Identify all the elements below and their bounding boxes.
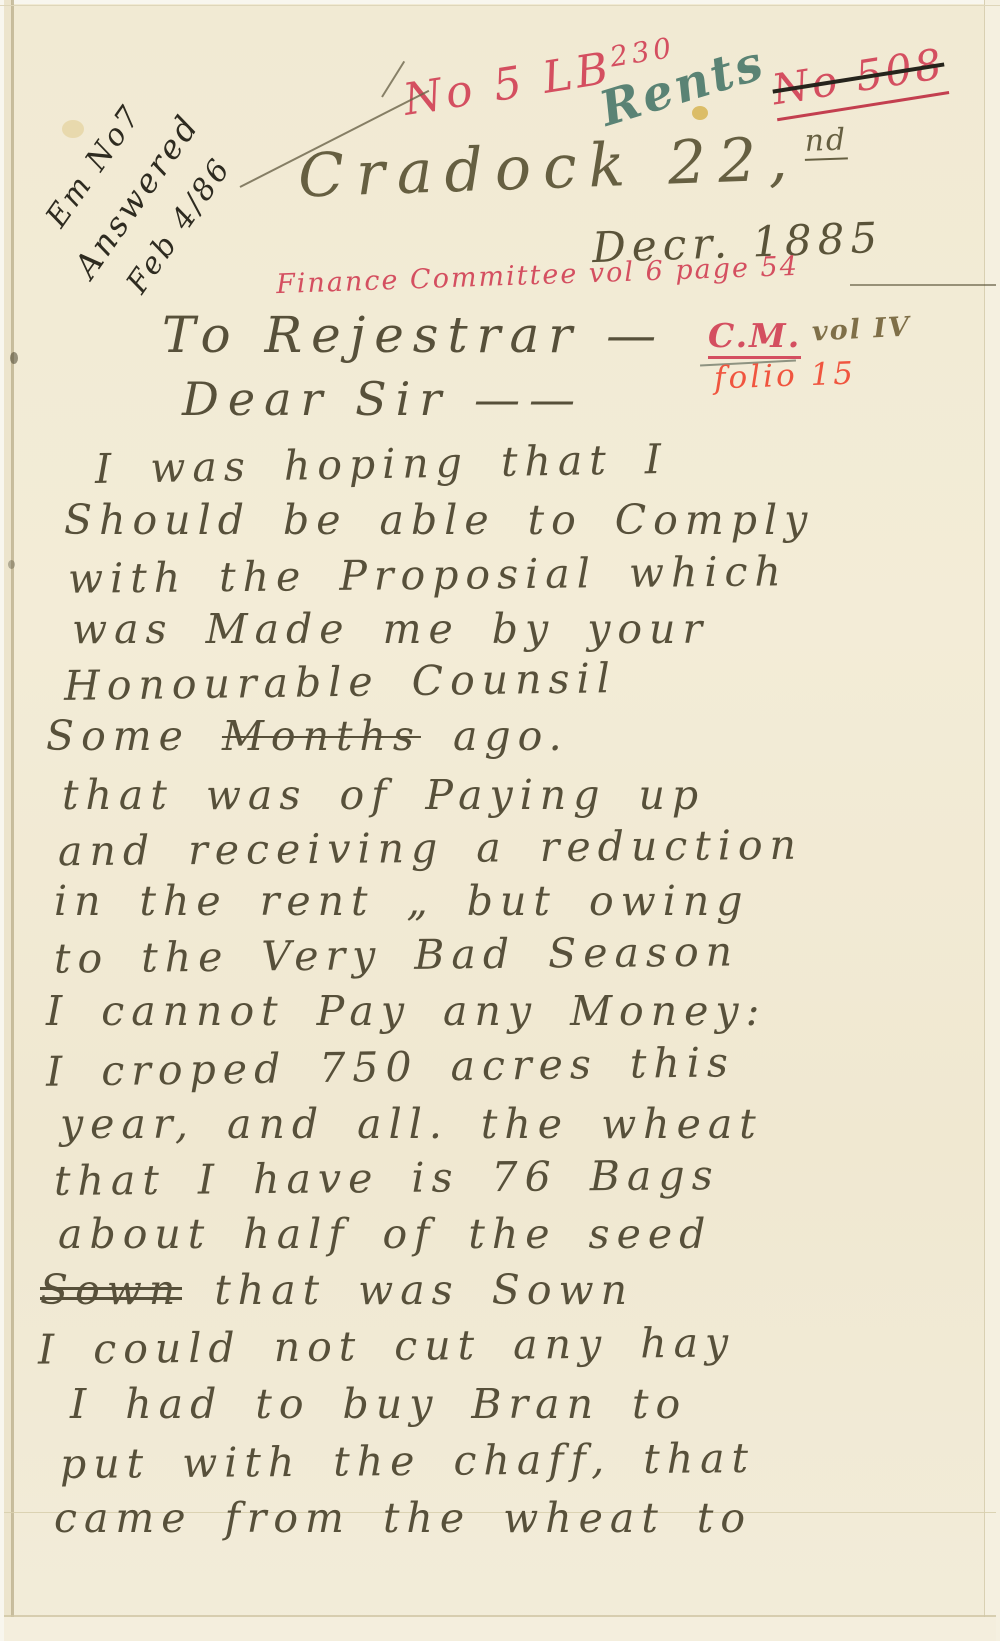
handwritten-line: that I have is 76 Bags	[54, 1151, 720, 1205]
struck-word: Sown	[40, 1266, 182, 1314]
handwritten-line: I cannot Pay any Money:	[46, 987, 766, 1035]
handwritten-line-with-strike: Some Months ago.	[46, 712, 569, 760]
paper-stain	[62, 120, 84, 138]
date-ordinal: nd	[804, 122, 848, 160]
handwritten-line: came from the wheat to	[54, 1494, 752, 1542]
handwritten-line: was Made me by your	[72, 605, 709, 653]
flourish-dash: ——	[474, 372, 584, 426]
salutation-text: Dear Sir	[182, 372, 450, 426]
scanned-letter-page: Em No7 Answered Feb 4/86 No 5 LB230 Rent…	[0, 0, 1000, 1641]
handwritten-line: I had to buy Bran to	[70, 1380, 687, 1428]
cm-annotation: C.M.	[708, 316, 801, 359]
handwritten-line: and receiving a reduction	[58, 821, 803, 875]
handwritten-line: with the Proposial which	[68, 547, 788, 603]
handwritten-line: in the rent „ but owing	[54, 877, 749, 925]
handwritten-line: that was of Paying up	[62, 771, 705, 819]
handwritten-line: I could not cut any hay	[38, 1318, 736, 1373]
handwritten-line: to the Very Bad Season	[54, 927, 740, 982]
handwritten-line: Should be able to Comply	[64, 496, 814, 544]
line-segment: Some	[46, 712, 222, 760]
line-segment: ago.	[421, 712, 569, 760]
handwritten-line: about half of the seed	[58, 1210, 712, 1258]
flourish-dash: —	[606, 306, 665, 364]
handwritten-line: put with the chaff, that	[60, 1434, 755, 1488]
volume-annotation: vol IV	[811, 311, 911, 347]
date-underline	[850, 284, 996, 286]
addressee-line: To Rejestrar —	[162, 306, 665, 364]
handwritten-line-with-strike: Sown that was Sown	[40, 1266, 634, 1314]
paper-blemish	[10, 352, 18, 364]
paper-right-margin	[985, 0, 1000, 1641]
folio-annotation: folio 15	[713, 356, 856, 397]
struck-word: Months	[222, 712, 421, 760]
handwritten-line: I croped 750 acres this	[46, 1038, 736, 1096]
paper-top-edge	[0, 5, 1000, 6]
addressee-text: To Rejestrar	[162, 306, 581, 364]
line-segment: that was Sown	[182, 1266, 634, 1314]
paper-bottom-margin	[4, 1617, 996, 1641]
handwritten-line: year, and all. the wheat	[60, 1100, 763, 1148]
handwritten-line: Honourable Counsil	[64, 654, 617, 710]
handwritten-line: I was hoping that I	[95, 435, 669, 493]
paper-blemish	[8, 560, 15, 569]
salutation-line: Dear Sir ——	[182, 372, 584, 426]
